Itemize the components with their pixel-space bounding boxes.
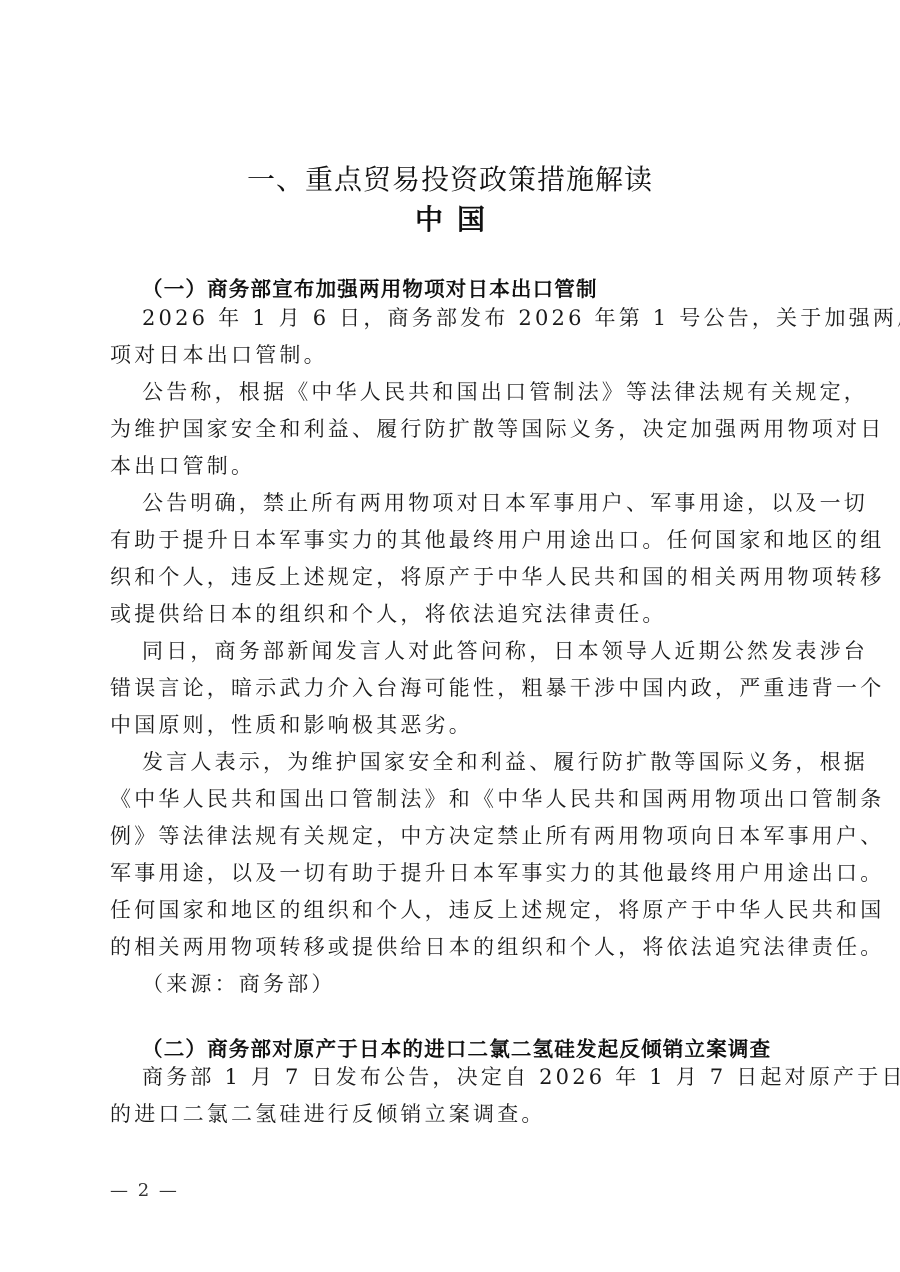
section-2-body: 商务部 1 月 7 日发布公告，决定自 2026 年 1 月 7 日起对原产于日… (110, 1059, 794, 1133)
text-line: 公告称，根据《中华人民共和国出口管制法》等法律法规有关规定， (110, 374, 794, 411)
text-line: 任何国家和地区的组织和个人，违反上述规定，将原产于中华人民共和国 (110, 892, 794, 929)
text-line: 2026 年 1 月 6 日，商务部发布 2026 年第 1 号公告，关于加强两… (110, 300, 794, 337)
text-line: 的相关两用物项转移或提供给日本的组织和个人，将依法追究法律责任。 (110, 929, 794, 966)
text-line: 中国原则，性质和影响极其恶劣。 (110, 707, 794, 744)
text-line: （来源：商务部） (110, 966, 794, 1003)
text-line: 本出口管制。 (110, 448, 794, 485)
document-page: 一、重点贸易投资政策措施解读 中国 （一）商务部宣布加强两用物项对日本出口管制 … (0, 0, 900, 1272)
paragraph: 发言人表示，为维护国家安全和利益、履行防扩散等国际义务，根据 《中华人民共和国出… (110, 744, 794, 966)
text-line: 商务部 1 月 7 日发布公告，决定自 2026 年 1 月 7 日起对原产于日… (110, 1059, 794, 1096)
text-line: 为维护国家安全和利益、履行防扩散等国际义务，决定加强两用物项对日 (110, 411, 794, 448)
section-heading-1: （一）商务部宣布加强两用物项对日本出口管制 (142, 272, 598, 302)
paragraph: 公告称，根据《中华人民共和国出口管制法》等法律法规有关规定， 为维护国家安全和利… (110, 374, 794, 485)
main-title: 一、重点贸易投资政策措施解读 (0, 158, 900, 198)
text-line: 同日，商务部新闻发言人对此答问称，日本领导人近期公然发表涉台 (110, 633, 794, 670)
text-line: 的进口二氯二氢硅进行反倾销立案调查。 (110, 1096, 794, 1133)
text-line: 军事用途，以及一切有助于提升日本军事实力的其他最终用户用途出口。 (110, 855, 794, 892)
text-line: 织和个人，违反上述规定，将原产于中华人民共和国的相关两用物项转移 (110, 559, 794, 596)
paragraph: 公告明确，禁止所有两用物项对日本军事用户、军事用途，以及一切 有助于提升日本军事… (110, 485, 794, 633)
source-note: （来源：商务部） (110, 966, 794, 1003)
paragraph: 同日，商务部新闻发言人对此答问称，日本领导人近期公然发表涉台 错误言论，暗示武力… (110, 633, 794, 744)
text-line: 或提供给日本的组织和个人，将依法追究法律责任。 (110, 596, 794, 633)
section-heading-2: （二）商务部对原产于日本的进口二氯二氢硅发起反倾销立案调查 (142, 1032, 771, 1062)
text-line: 有助于提升日本军事实力的其他最终用户用途出口。任何国家和地区的组 (110, 522, 794, 559)
text-line: 公告明确，禁止所有两用物项对日本军事用户、军事用途，以及一切 (110, 485, 794, 522)
text-line: 发言人表示，为维护国家安全和利益、履行防扩散等国际义务，根据 (110, 744, 794, 781)
text-line: 例》等法律法规有关规定，中方决定禁止所有两用物项向日本军事用户、 (110, 818, 794, 855)
sub-title-country: 中国 (0, 198, 900, 238)
text-line: 项对日本出口管制。 (110, 337, 794, 374)
paragraph: 2026 年 1 月 6 日，商务部发布 2026 年第 1 号公告，关于加强两… (110, 300, 794, 374)
text-line: 错误言论，暗示武力介入台海可能性，粗暴干涉中国内政，严重违背一个 (110, 670, 794, 707)
paragraph: 商务部 1 月 7 日发布公告，决定自 2026 年 1 月 7 日起对原产于日… (110, 1059, 794, 1133)
section-1-body: 2026 年 1 月 6 日，商务部发布 2026 年第 1 号公告，关于加强两… (110, 300, 794, 1003)
page-number: — 2 — (110, 1180, 179, 1201)
text-line: 《中华人民共和国出口管制法》和《中华人民共和国两用物项出口管制条 (110, 781, 794, 818)
